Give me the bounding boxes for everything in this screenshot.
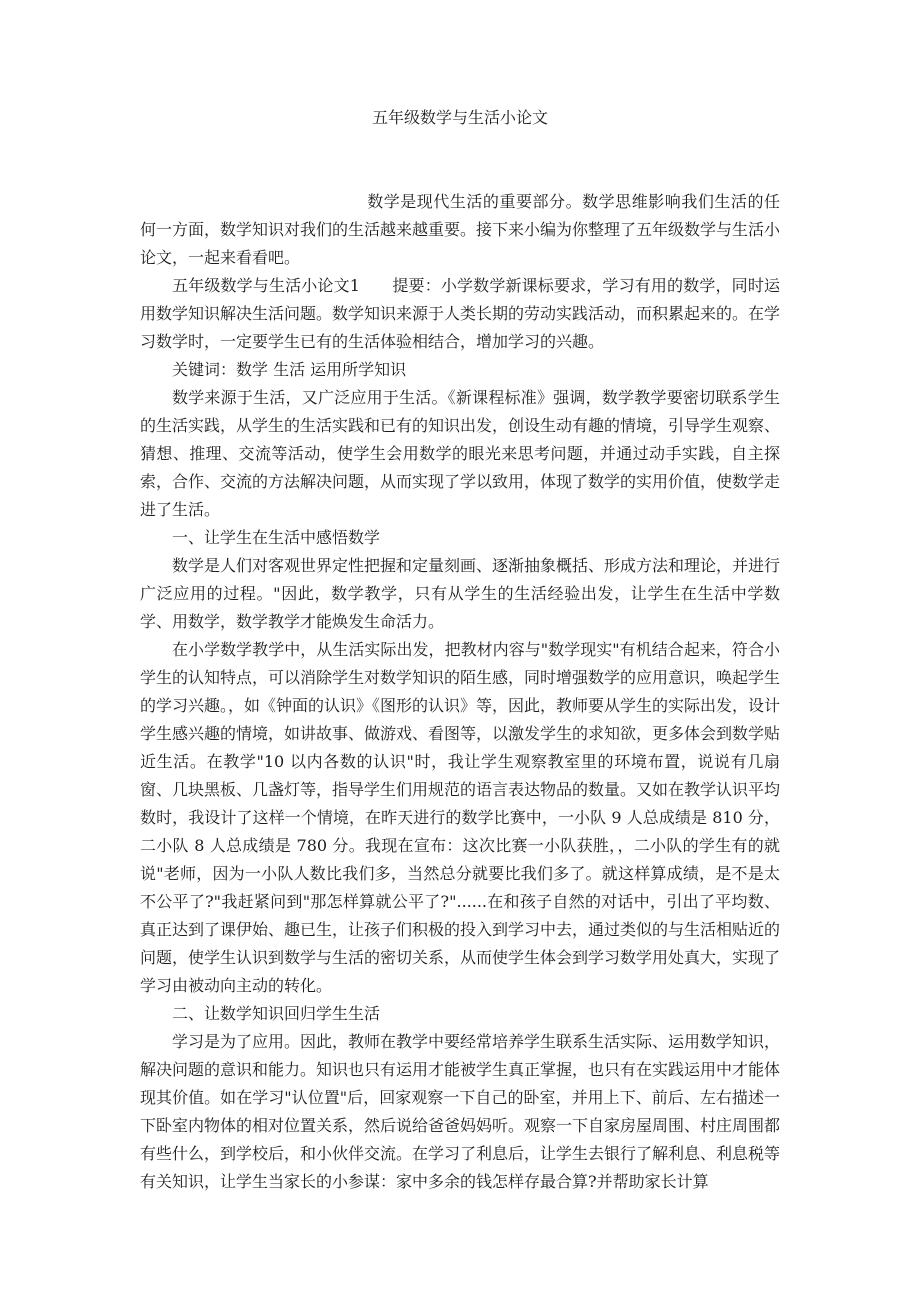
paragraph-section1-a: 数学是人们对客观世界定性把握和定量刻画、逐渐抽象概括、形成方法和理论，并进行广泛… — [140, 552, 780, 636]
document-title: 五年级数学与生活小论文 — [140, 104, 780, 132]
paragraph-intro: 数学是现代生活的重要部分。数学思维影响我们生活的任何一方面，数学知识对我们的生活… — [140, 188, 780, 272]
section-heading-1: 一、让学生在生活中感悟数学 — [140, 524, 780, 552]
paragraph-section1-b: 在小学数学教学中，从生活实际出发，把教材内容与"数学现实"有机结合起来，符合小学… — [140, 636, 780, 1000]
section-heading-2: 二、让数学知识回归学生生活 — [140, 1000, 780, 1028]
paragraph-section2-a: 学习是为了应用。因此，教师在教学中要经常培养学生联系生活实际、运用数学知识，解决… — [140, 1028, 780, 1196]
paragraph-abstract: 五年级数学与生活小论文1 提要：小学数学新课标要求，学习有用的数学，同时运用数学… — [140, 272, 780, 356]
paragraph-keywords: 关键词：数学 生活 运用所学知识 — [140, 356, 780, 384]
document-body: 五年级数学与生活小论文 数学是现代生活的重要部分。数学思维影响我们生活的任何一方… — [140, 104, 780, 1196]
document-page: 五年级数学与生活小论文 数学是现代生活的重要部分。数学思维影响我们生活的任何一方… — [0, 0, 920, 1302]
paragraph-overview: 数学来源于生活，又广泛应用于生活。《新课程标准》强调，数学教学要密切联系学生的生… — [140, 384, 780, 524]
